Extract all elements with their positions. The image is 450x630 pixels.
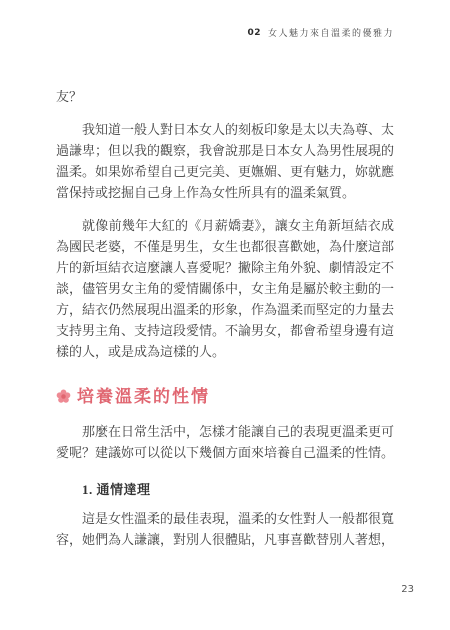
book-page: 02 女人魅力來自溫柔的優雅力 友？ 我知道一般人對日本女人的刻板印象是太以夫為…	[0, 0, 450, 630]
paragraph: 我知道一般人對日本女人的刻板印象是太以夫為尊、太過謙卑；但以我的觀察，我會說那是…	[56, 119, 394, 203]
running-header: 02 女人魅力來自溫柔的優雅力	[247, 26, 394, 39]
paragraph: 那麼在日常生活中，怎樣才能讓自己的表現更溫柔更可愛呢？建議妳可以從以下幾個方面來…	[56, 421, 394, 463]
chapter-number: 02	[247, 28, 261, 38]
paragraph-continuation: 友？	[56, 86, 394, 107]
section-title: 培養溫柔的性情	[77, 388, 210, 405]
page-number: 23	[401, 584, 414, 595]
page-body: 友？ 我知道一般人對日本女人的刻板印象是太以夫為尊、太過謙卑；但以我的觀察，我會…	[56, 86, 394, 562]
section-heading: 培養溫柔的性情	[56, 388, 394, 405]
flower-icon	[56, 389, 71, 404]
paragraph: 就像前幾年大紅的《月薪嬌妻》，讓女主角新垣結衣成為國民老婆，不僅是男生，女生也都…	[56, 215, 394, 362]
list-item-heading: 1. 通情達理	[56, 479, 394, 498]
chapter-title: 女人魅力來自溫柔的優雅力	[268, 26, 394, 39]
paragraph: 這是女性溫柔的最佳表現，溫柔的女性對人一般都很寬容，她們為人謙讓，對別人很體貼，…	[56, 508, 394, 550]
